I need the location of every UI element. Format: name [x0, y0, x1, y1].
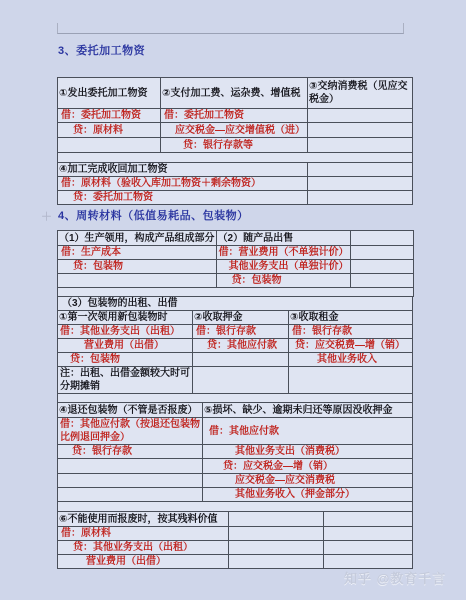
table-cell: 营业费用（出借）	[58, 339, 193, 353]
table-row: ①第一次领用新包装物时②收取押金③收取租金	[58, 311, 413, 325]
table-cell: 贷：原材料	[58, 123, 161, 138]
table-row: 其他业务收入（押金部分）	[58, 488, 413, 502]
table-row: 借：委托加工物资借：委托加工物资	[58, 109, 413, 123]
table-cell	[58, 459, 203, 474]
table-cell: 贷：应交税费—增（销）	[289, 339, 413, 353]
table-cell: 借：其他应付款	[203, 418, 413, 445]
table-row: ④加工完成收回加工物资	[58, 163, 413, 177]
table-cell	[324, 512, 413, 527]
table-cell: 贷：包装物	[58, 260, 217, 274]
table-row	[58, 153, 413, 163]
table-cell: 其他业务收入	[289, 353, 413, 367]
table-cell: 其他业务支出（消费税）	[203, 445, 413, 459]
table-row: 贷：包装物其他业务支出（单独计价）	[58, 260, 414, 274]
table-cell: 贷：包装物	[58, 353, 193, 367]
table-cell	[229, 527, 324, 541]
table-cell: 贷：委托加工物资	[58, 191, 308, 205]
table-cell: 借：银行存款	[193, 325, 289, 339]
table-cell: （1）生产领用，构成产品组成部分	[58, 231, 217, 246]
table-cell	[308, 177, 413, 191]
table-row: 借：其他应付款（按退还包装物比例退回押金）借：其他应付款	[58, 418, 413, 445]
table-cell	[350, 260, 413, 274]
table-cell: （3）包装物的出租、出借	[58, 297, 413, 311]
table-cell: 贷：银行存款等	[161, 138, 308, 153]
table-row: 营业费用（出借）	[58, 555, 413, 569]
table-cell: 借：原材料	[58, 527, 229, 541]
table-row: 贷：应交税金—增（销）	[58, 459, 413, 474]
table-row: 注：出租、出借金额较大时可分期摊销	[58, 367, 413, 394]
table-cell	[58, 153, 413, 163]
table-cell: ⑤损坏、缺少、逾期未归还等原因没收押金	[203, 403, 413, 418]
consigned-processing-table-container: ①发出委托加工物资②支付加工费、运杂费、增值税③交纳消费税（见应交税金）借：委托…	[57, 77, 414, 205]
table-row: 贷：其他业务支出（出租）	[58, 541, 413, 555]
table-cell: 贷：其他业务支出（出租）	[58, 541, 229, 555]
table-cell: 贷：银行存款	[58, 445, 203, 459]
table-cell	[58, 488, 203, 502]
table-cell	[289, 367, 413, 394]
section-heading-revolving-materials: 4、周转材料（低值易耗品、包装物）	[58, 207, 249, 223]
table-row: 贷：包装物	[58, 274, 414, 288]
table-row	[58, 502, 413, 512]
table-cell: 借：其他业务支出（出租）	[58, 325, 193, 339]
table-cell: 贷：应交税金—增（销）	[203, 459, 413, 474]
table-cell: 贷：包装物	[216, 274, 350, 288]
table-cell: 应交税金—应交消费税	[203, 474, 413, 488]
table-cell	[58, 274, 217, 288]
table-cell: 借：生产成本	[58, 246, 217, 260]
table-cell: ③收取租金	[289, 311, 413, 325]
table-cell: 借：委托加工物资	[58, 109, 161, 123]
table-cell: 借：原材料（验收入库加工物资＋剩余物资）	[58, 177, 308, 191]
table-cell: 其他业务收入（押金部分）	[203, 488, 413, 502]
table-cell	[308, 123, 413, 138]
table-cell: ③交纳消费税（见应交税金）	[308, 78, 413, 109]
table-cell: 借：银行存款	[289, 325, 413, 339]
table-row: 借：生产成本借：营业费用（不单独计价）	[58, 246, 414, 260]
table-row: 贷：银行存款等	[58, 138, 413, 153]
table-cell: 其他业务支出（单独计价）	[216, 260, 350, 274]
table-row: （1）生产领用，构成产品组成部分（2）随产品出售	[58, 231, 414, 246]
table-cell	[58, 502, 413, 512]
table-cell: （2）随产品出售	[216, 231, 350, 246]
table-cell	[58, 138, 161, 153]
table-cell	[308, 163, 413, 177]
table-row: 借：原材料	[58, 527, 413, 541]
table-row: ①发出委托加工物资②支付加工费、运杂费、增值税③交纳消费税（见应交税金）	[58, 78, 413, 109]
table-cell: 应交税金—应交增值税（进）	[161, 123, 308, 138]
table-cell	[324, 541, 413, 555]
table-cell	[229, 541, 324, 555]
table-cell	[58, 474, 203, 488]
table-cell: ①第一次领用新包装物时	[58, 311, 193, 325]
table-cell	[193, 367, 289, 394]
table-row: （3）包装物的出租、出借	[58, 297, 413, 311]
table-cell	[308, 138, 413, 153]
table-row: 借：原材料（验收入库加工物资＋剩余物资）	[58, 177, 413, 191]
table-row: ⑥不能使用而报废时，按其残料价值	[58, 512, 413, 527]
table-row: 贷：包装物其他业务收入	[58, 353, 413, 367]
table-cell: 注：出租、出借金额较大时可分期摊销	[58, 367, 193, 394]
packaging-use-and-sale-section: （1）生产领用，构成产品组成部分（2）随产品出售借：生产成本借：营业费用（不单独…	[57, 230, 414, 297]
table-cell: ②收取押金	[193, 311, 289, 325]
table-cell	[350, 231, 413, 246]
table-cell: 营业费用（出借）	[58, 555, 229, 569]
table-row: 营业费用（出借）贷：其他应付款贷：应交税费—增（销）	[58, 339, 413, 353]
table-cell: ④加工完成收回加工物资	[58, 163, 308, 177]
table-cell	[324, 555, 413, 569]
deposit-return-forfeit-section: ④退还包装物（不管是否报废）⑤损坏、缺少、逾期未归还等原因没收押金借：其他应付款…	[57, 402, 413, 512]
table-cell	[324, 527, 413, 541]
table-cell	[350, 274, 413, 288]
table-cell	[350, 246, 413, 260]
table-cell: 借：营业费用（不单独计价）	[216, 246, 350, 260]
table-cell	[229, 512, 324, 527]
table-cell	[193, 353, 289, 367]
table-row: ④退还包装物（不管是否报废）⑤损坏、缺少、逾期未归还等原因没收押金	[58, 403, 413, 418]
table-cell: 借：委托加工物资	[161, 109, 308, 123]
table-cell: ②支付加工费、运杂费、增值税	[161, 78, 308, 109]
table-cell	[308, 109, 413, 123]
page-margin-marker	[57, 23, 404, 34]
packaging-rent-lend-section: （3）包装物的出租、出借①第一次领用新包装物时②收取押金③收取租金借：其他业务支…	[57, 296, 413, 403]
table-cell: ⑥不能使用而报废时，按其残料价值	[58, 512, 229, 527]
table-row: 借：其他业务支出（出租）借：银行存款借：银行存款	[58, 325, 413, 339]
consigned-processing-table: ①发出委托加工物资②支付加工费、运杂费、增值税③交纳消费税（见应交税金）借：委托…	[57, 77, 413, 205]
table-row: 贷：委托加工物资	[58, 191, 413, 205]
table-cell	[308, 191, 413, 205]
table-cell: 借：其他应付款（按退还包装物比例退回押金）	[58, 418, 203, 445]
table-cell	[229, 555, 324, 569]
scrap-residual-value-section: ⑥不能使用而报废时，按其残料价值借：原材料贷：其他业务支出（出租）营业费用（出借…	[57, 511, 413, 569]
table-cell: 贷：其他应付款	[193, 339, 289, 353]
table-cell: ④退还包装物（不管是否报废）	[58, 403, 203, 418]
document-page: 3、委托加工物资 ①发出委托加工物资②支付加工费、运杂费、增值税③交纳消费税（见…	[0, 0, 466, 600]
table-cell: ①发出委托加工物资	[58, 78, 161, 109]
table-row: 贷：银行存款其他业务支出（消费税）	[58, 445, 413, 459]
watermark: 知乎 @教育千言	[344, 568, 446, 587]
table-row: 贷：原材料应交税金—应交增值税（进）	[58, 123, 413, 138]
section-heading-consigned-processing: 3、委托加工物资	[58, 42, 145, 58]
anchor-cross-icon: ＋	[41, 208, 52, 224]
table-row: 应交税金—应交消费税	[58, 474, 413, 488]
revolving-materials-table-container: （1）生产领用，构成产品组成部分（2）随产品出售借：生产成本借：营业费用（不单独…	[57, 230, 414, 569]
